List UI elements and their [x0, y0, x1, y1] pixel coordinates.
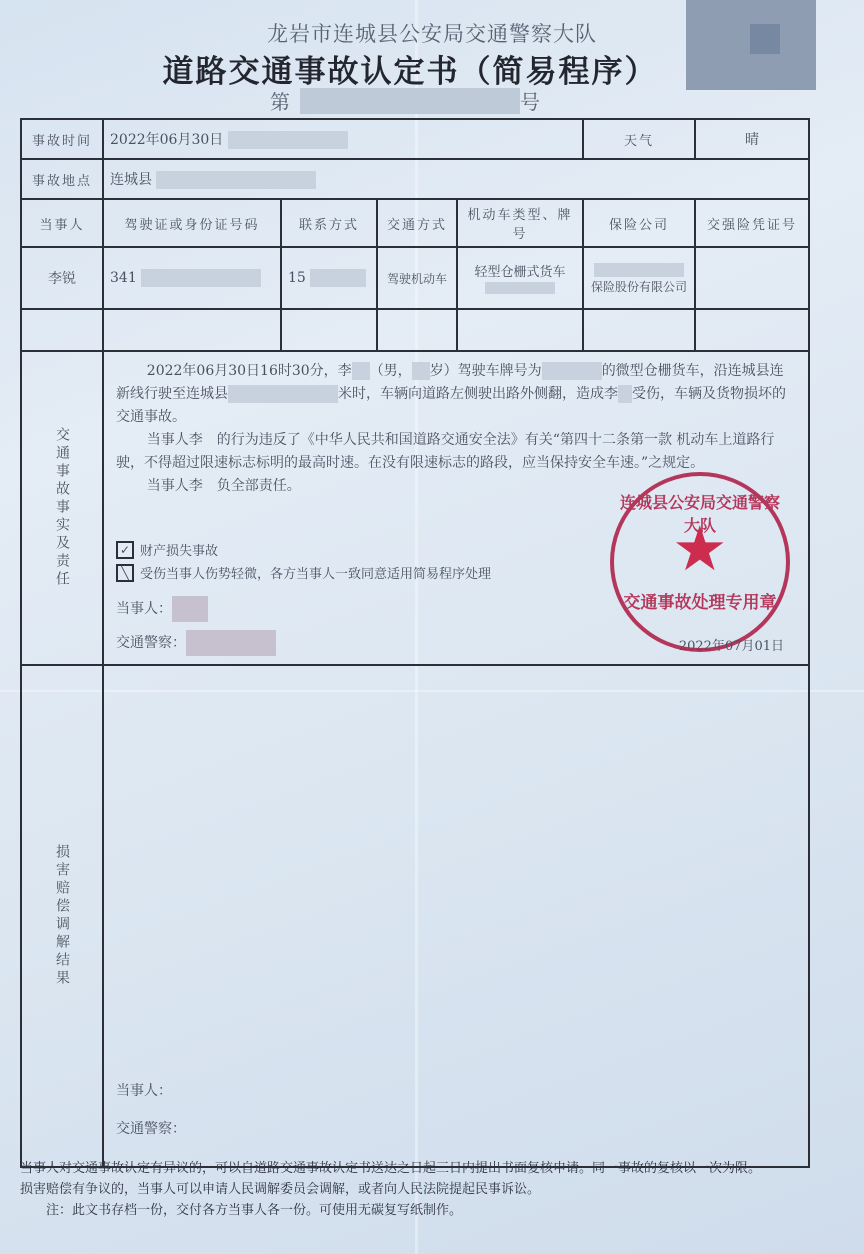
redacted-doc-number	[300, 88, 520, 114]
facts-paragraph-2: 当事人李 的行为违反了《中华人民共和国道路交通安全法》有关“第四十二条第一款 机…	[116, 429, 796, 475]
party-insurer: 保险股份有限公司	[583, 247, 695, 309]
party-contact: 15	[281, 247, 377, 309]
col-header-insurer: 保险公司	[583, 199, 695, 247]
redacted-text	[485, 282, 555, 294]
comp-party-signature: 当事人：	[116, 1080, 796, 1100]
doc-no-prefix: 第	[270, 86, 290, 115]
comp-officer-signature: 交通警察：	[116, 1118, 796, 1138]
place-label: 事故地点	[21, 159, 103, 199]
col-header-vehicle: 机动车类型、牌号	[457, 199, 583, 247]
weather-value: 晴	[695, 119, 809, 159]
footer-notes: 当事人对交通事故认定有异议的，可以自道路交通事故认定书送达之日起三日内提出书面复…	[20, 1158, 840, 1221]
footer-copies-note: 注：此文书存档一份，交付各方当事人各一份。可使用无碳复写纸制作。	[20, 1200, 840, 1221]
accident-form-table: 事故时间 2022年06月30日 天气 晴 事故地点 连城县 当事人 驾驶证或身…	[20, 118, 810, 1168]
parties-header-row: 当事人 驾驶证或身份证号码 联系方式 交通方式 机动车类型、牌号 保险公司 交强…	[21, 199, 809, 247]
official-seal: 连城县公安局交通警察大队 ★ 交通事故处理专用章	[610, 472, 790, 652]
party-id: 341	[103, 247, 281, 309]
document-title: 道路交通事故认定书（简易程序）	[150, 46, 670, 91]
footer-appeal-note: 当事人对交通事故认定有异议的，可以自道路交通事故认定书送达之日起三日内提出书面复…	[20, 1158, 840, 1179]
weather-label: 天气	[583, 119, 695, 159]
party-vehicle: 轻型仓栅式货车	[457, 247, 583, 309]
doc-no-suffix: 号	[520, 86, 540, 115]
col-header-id: 驾驶证或身份证号码	[103, 199, 281, 247]
star-icon: ★	[672, 518, 728, 580]
facts-section-label: 交通事故事实及责任	[21, 351, 103, 665]
compensation-body: 当事人： 交通警察：	[103, 665, 809, 1167]
table-row-empty	[21, 309, 809, 351]
time-label: 事故时间	[21, 119, 103, 159]
place-value: 连城县	[103, 159, 809, 199]
checkbox[interactable]: ✓	[116, 541, 134, 559]
issue-date: 2022年07月01日	[679, 635, 784, 654]
compensation-section-label: 损害赔偿调解结果	[21, 665, 103, 1167]
party-name: 李锐	[21, 247, 103, 309]
redacted-text	[141, 269, 261, 287]
checkbox[interactable]: ╲	[116, 564, 134, 582]
col-header-policy: 交强险凭证号	[695, 199, 809, 247]
table-row: 李锐 341 15 驾驶机动车 轻型仓栅式货车 保险股份有限公司	[21, 247, 809, 309]
issuing-agency: 龙岩市连城县公安局交通警察大队	[0, 18, 864, 48]
redacted-text	[594, 263, 684, 277]
col-header-party: 当事人	[21, 199, 103, 247]
col-header-transport: 交通方式	[377, 199, 457, 247]
party-policy-no	[695, 247, 809, 309]
redacted-text	[228, 131, 348, 149]
time-value: 2022年06月30日	[103, 119, 583, 159]
party-transport: 驾驶机动车	[377, 247, 457, 309]
facts-body: 2022年06月30日16时30分，李（男，岁）驾驶车牌号为的微型仓栅货车，沿连…	[103, 351, 809, 665]
facts-paragraph-1: 2022年06月30日16时30分，李（男，岁）驾驶车牌号为的微型仓栅货车，沿连…	[116, 360, 796, 429]
footer-dispute-note: 损害赔偿有争议的，当事人可以申请人民调解委员会调解，或者向人民法院提起民事诉讼。	[20, 1179, 840, 1200]
redacted-text	[310, 269, 366, 287]
seal-purpose-text: 交通事故处理专用章	[614, 588, 786, 613]
redacted-text	[156, 171, 316, 189]
col-header-contact: 联系方式	[281, 199, 377, 247]
